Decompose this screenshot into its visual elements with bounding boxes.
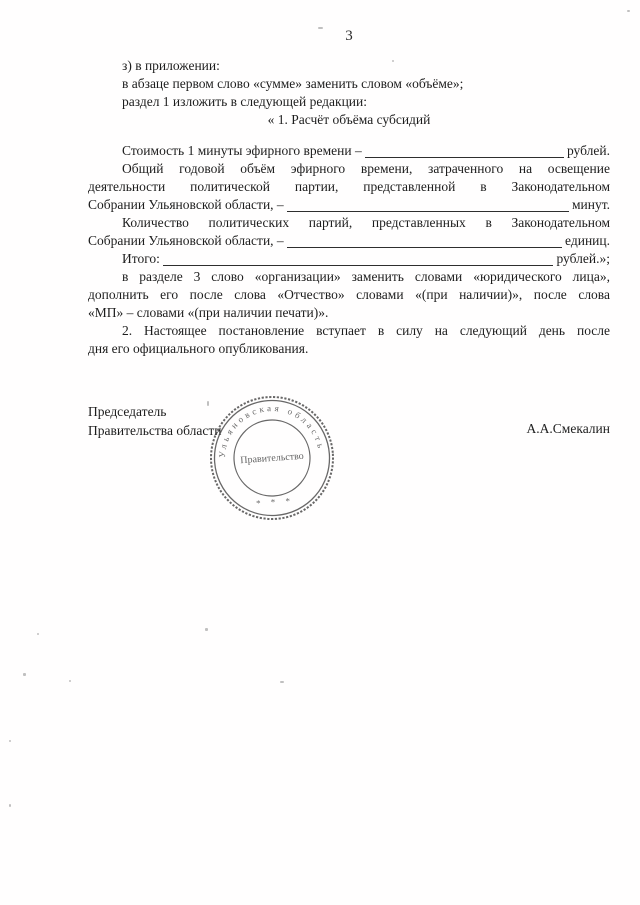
- round-government-stamp: Ульяновская область Правительство * * *: [202, 388, 343, 529]
- scan-speck: [9, 740, 11, 742]
- scan-speck: [627, 10, 630, 12]
- document-page: 3 з) в приложении:в абзаце первом слово …: [0, 0, 640, 905]
- body-line: дополнить его после слова «Отчество» сло…: [88, 286, 610, 304]
- body-line: в разделе 3 слово «организации» заменить…: [88, 268, 610, 286]
- fill-in-blank-underline: [365, 146, 564, 158]
- body-line: Общий годовой объём эфирного времени, за…: [88, 160, 610, 178]
- body-line: дня его официального опубликования.: [88, 340, 610, 358]
- body-line: раздел 1 изложить в следующей редакции:: [88, 93, 610, 111]
- body-line: Собрании Ульяновской области, –единиц.: [88, 232, 610, 250]
- body-line: Стоимость 1 минуты эфирного времени –руб…: [88, 142, 610, 160]
- blank-line-suffix: рублей.»;: [556, 250, 610, 268]
- signature-block: Председатель Правительства области А.А.С…: [88, 402, 610, 440]
- body-line: в абзаце первом слово «сумме» заменить с…: [88, 75, 610, 93]
- fill-in-blank-underline: [287, 236, 562, 248]
- scan-speck: [23, 673, 26, 676]
- body-line: « 1. Расчёт объёма субсидий: [88, 111, 610, 129]
- scan-speck: [280, 681, 284, 683]
- signer-name: А.А.Смекалин: [527, 421, 610, 437]
- blank-line-suffix: единиц.: [565, 232, 610, 250]
- scan-speck: [318, 27, 323, 29]
- scan-speck: [205, 628, 208, 631]
- body-line: з) в приложении:: [88, 57, 610, 75]
- stamp-stars: * * *: [256, 496, 295, 509]
- blank-line-suffix: рублей.: [567, 142, 610, 160]
- stamp-center-text: Правительство: [240, 451, 304, 466]
- scan-speck: [37, 633, 39, 635]
- blank-line-prefix: Собрании Ульяновской области, –: [88, 232, 284, 250]
- body-line: 2. Настоящее постановление вступает в си…: [88, 322, 610, 340]
- body-line: Собрании Ульяновской области, –минут.: [88, 196, 610, 214]
- fill-in-blank-underline: [163, 254, 554, 266]
- body-line: «МП» – словами «(при наличии печати)».: [88, 304, 610, 322]
- blank-line-suffix: минут.: [572, 196, 610, 214]
- scan-speck: [69, 680, 71, 682]
- body-line: деятельности политической партии, предст…: [88, 178, 610, 196]
- signer-title-line-2: Правительства области: [88, 421, 221, 440]
- document-body: з) в приложении:в абзаце первом слово «с…: [88, 57, 610, 358]
- scan-speck: [392, 60, 394, 62]
- fill-in-blank-underline: [287, 200, 569, 212]
- body-line: Итого:рублей.»;: [88, 250, 610, 268]
- blank-line-prefix: Собрании Ульяновской области, –: [88, 196, 284, 214]
- page-number: 3: [88, 28, 610, 45]
- scan-speck: [9, 804, 11, 807]
- body-line: Количество политических партий, представ…: [88, 214, 610, 232]
- scan-speck: [207, 401, 209, 406]
- blank-line-prefix: Итого:: [122, 250, 160, 268]
- blank-line-prefix: Стоимость 1 минуты эфирного времени –: [122, 142, 362, 160]
